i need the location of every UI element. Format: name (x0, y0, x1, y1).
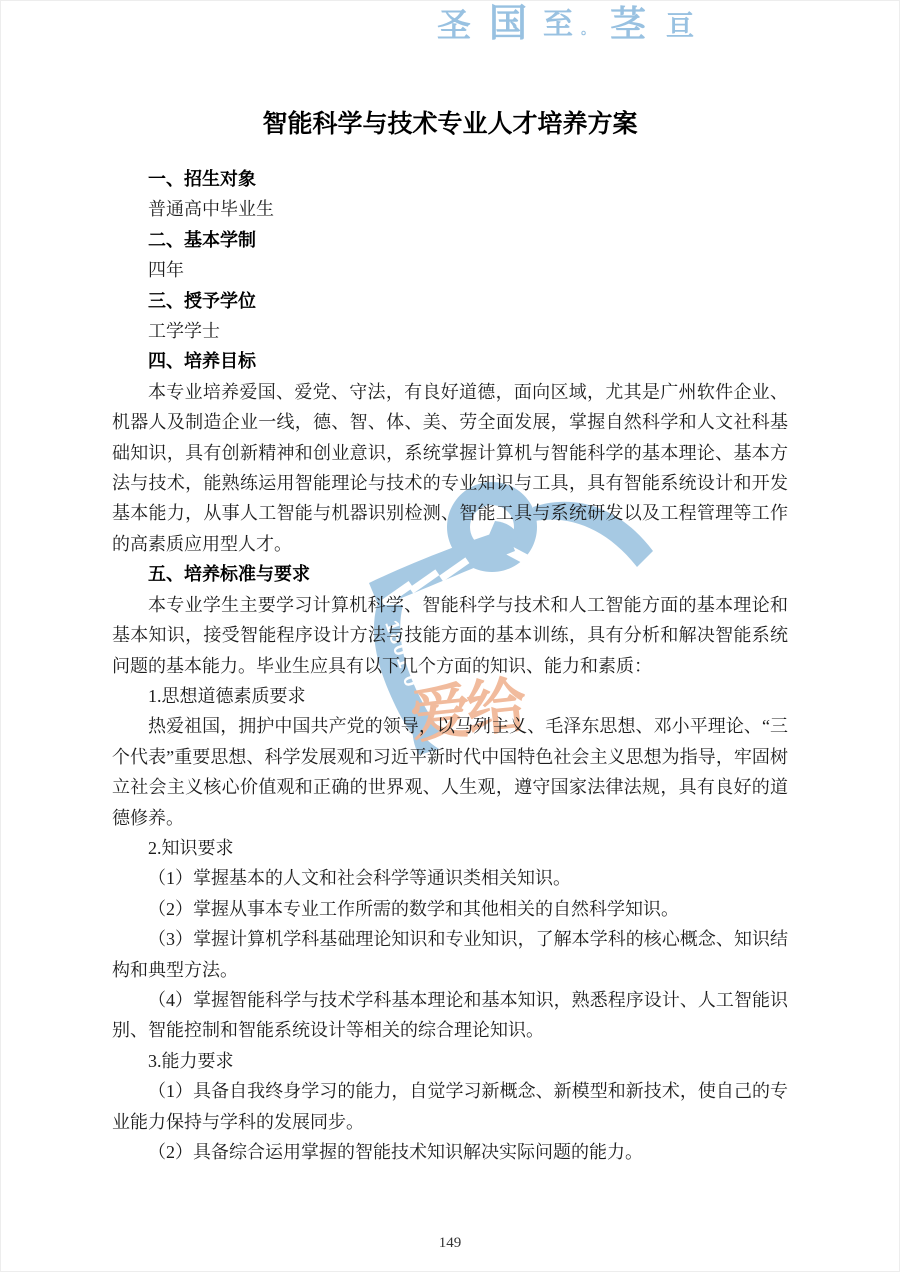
body-paragraph: （4）掌握智能科学与技术学科基本理论和基本知识，熟悉程序设计、人工智能识别、智能… (112, 985, 788, 1046)
section-heading: 三、授予学位 (112, 286, 788, 316)
section-heading: 二、基本学制 (112, 225, 788, 255)
body-paragraph: （2）具备综合运用掌握的智能技术知识解决实际问题的能力。 (112, 1137, 788, 1167)
body-paragraph: 3.能力要求 (112, 1046, 788, 1076)
body-paragraph: 四年 (112, 255, 788, 285)
body-paragraph: 1.思想道德素质要求 (112, 681, 788, 711)
watermark-fragment-icon: 国 (489, 5, 527, 43)
watermark-fragment-icon: 圣 (437, 9, 471, 43)
body-paragraph: 普通高中毕业生 (112, 194, 788, 224)
body-paragraph: （2）掌握从事本专业工作所需的数学和其他相关的自然科学知识。 (112, 894, 788, 924)
body-paragraph: 本专业培养爱国、爱党、守法，有良好道德，面向区域，尤其是广州软件企业、机器人及制… (112, 377, 788, 559)
body-paragraph: （1）掌握基本的人文和社会科学等通识类相关知识。 (112, 863, 788, 893)
section-heading: 五、培养标准与要求 (112, 559, 788, 589)
body-paragraph: （3）掌握计算机学科基础理论知识和专业知识，了解本学科的核心概念、知识结构和典型… (112, 924, 788, 985)
document-page: 圣国至。茎亘 1801 0 爱给 智能科学与技术专业人才培养方案 一、招生对象普… (0, 0, 900, 1272)
watermark-fragment-icon: 。 (581, 22, 595, 36)
watermark-fragment-icon: 至 (543, 10, 573, 40)
page-number: 149 (0, 1233, 900, 1253)
watermark-fragment-icon: 亘 (666, 12, 694, 40)
body-paragraph: 工学学士 (112, 316, 788, 346)
body-paragraph: （1）具备自我终身学习的能力，自觉学习新概念、新模型和新技术，使自己的专业能力保… (112, 1076, 788, 1137)
watermark-fragments: 圣国至。茎亘 (0, 0, 900, 60)
body-paragraph: 热爱祖国，拥护中国共产党的领导，以马列主义、毛泽东思想、邓小平理论、“三个代表”… (112, 711, 788, 833)
watermark-fragment-icon: 茎 (610, 6, 646, 42)
document-body: 一、招生对象普通高中毕业生二、基本学制四年三、授予学位工学学士四、培养目标本专业… (112, 164, 788, 1167)
section-heading: 四、培养目标 (112, 346, 788, 376)
document-title: 智能科学与技术专业人才培养方案 (0, 103, 900, 145)
body-paragraph: 2.知识要求 (112, 833, 788, 863)
section-heading: 一、招生对象 (112, 164, 788, 194)
body-paragraph: 本专业学生主要学习计算机科学、智能科学与技术和人工智能方面的基本理论和基本知识，… (112, 590, 788, 681)
